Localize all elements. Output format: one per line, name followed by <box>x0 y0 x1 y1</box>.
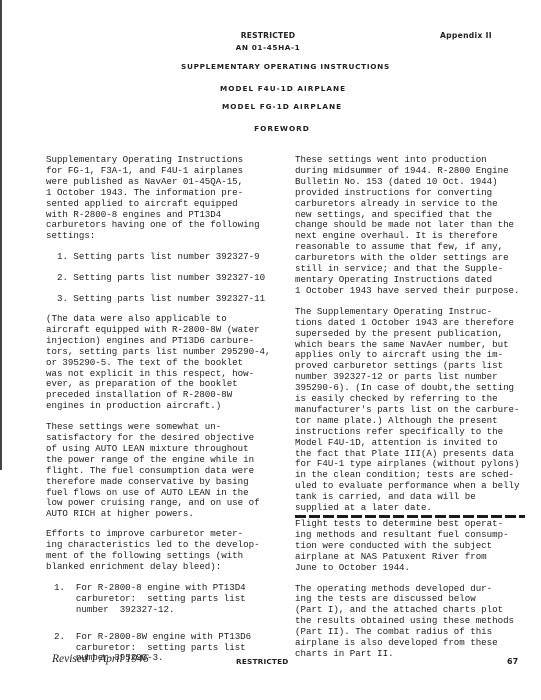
classification-header: RESTRICTED <box>238 31 298 40</box>
model-line-2: MODEL FG-1D AIRPLANE <box>222 102 332 111</box>
document-title: SUPPLEMENTARY OPERATING INSTRUCTIONS <box>181 62 371 71</box>
revision-date: Revised 1 April 1946 <box>52 653 149 665</box>
list-item-cont: number 392327-12. <box>46 605 276 616</box>
document-page: RESTRICTED AN 01-45HA-1 Appendix II SUPP… <box>0 0 541 700</box>
right-column: These settings went into production duri… <box>295 155 525 660</box>
paragraph: The operating methods developed dur- ing… <box>295 584 525 660</box>
paragraph: These settings were somewhat un- satisfa… <box>46 422 276 520</box>
page-number: 67 <box>507 657 518 666</box>
paragraph: The Supplementary Operating Instruc- tio… <box>295 307 525 514</box>
model-line-1: MODEL F4U-1D AIRPLANE <box>220 84 330 93</box>
paragraph: These settings went into production duri… <box>295 155 525 297</box>
paragraph: Efforts to improve carburetor meter- ing… <box>46 529 276 573</box>
list-item: 1. Setting parts list number 392327-9 <box>46 252 276 263</box>
scan-edge <box>0 0 2 470</box>
list-item: 2. Setting parts list number 392327-10 <box>46 273 276 284</box>
paragraph: Supplementary Operating Instructions for… <box>46 155 276 242</box>
section-heading: FOREWORD <box>252 124 312 133</box>
paragraph: (The data were also applicable to aircra… <box>46 314 276 412</box>
left-column: Supplementary Operating Instructions for… <box>46 155 276 664</box>
paragraph: Flight tests to determine best operat- i… <box>295 519 525 574</box>
appendix-label: Appendix II <box>440 31 492 40</box>
list-item: 2. For R-2800-8W engine with PT13D6 <box>46 632 276 643</box>
list-item: 3. Setting parts list number 392327-11 <box>46 294 276 305</box>
document-number: AN 01-45HA-1 <box>228 43 308 52</box>
classification-footer: RESTRICTED <box>236 657 289 666</box>
